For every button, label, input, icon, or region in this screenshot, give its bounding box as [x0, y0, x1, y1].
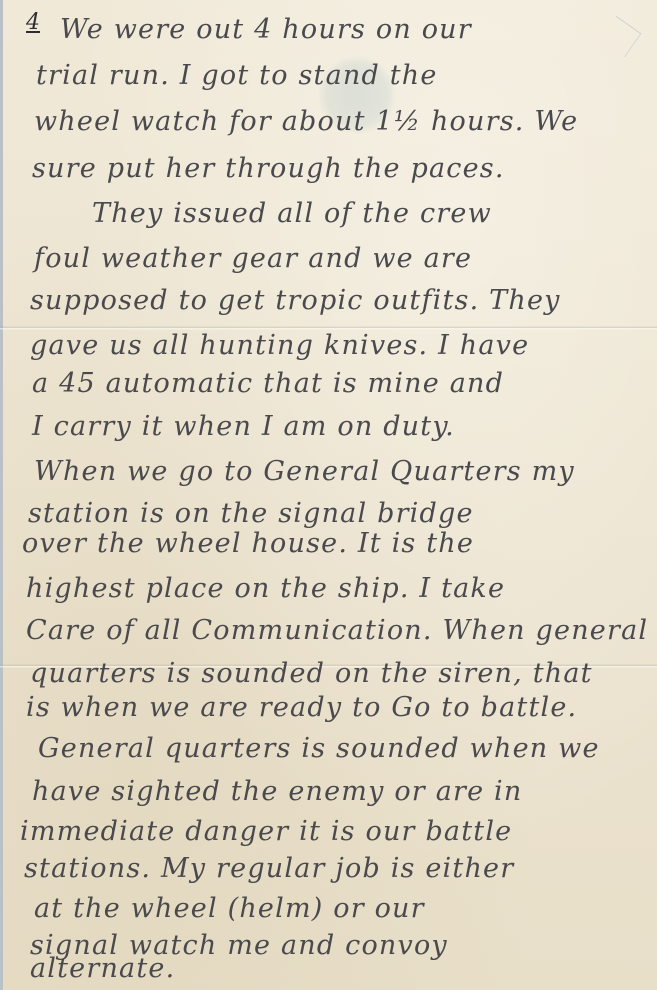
handwritten-line: at the wheel (helm) or our — [34, 895, 425, 922]
handwritten-line: gave us all hunting knives. I have — [30, 332, 529, 359]
handwritten-line: over the wheel house. It is the — [22, 530, 474, 557]
handwritten-line: We were out 4 hours on our — [60, 16, 472, 43]
handwritten-line: I carry it when I am on duty. — [32, 413, 455, 440]
handwritten-line: sure put her through the paces. — [32, 155, 505, 182]
handwritten-line: stations. My regular job is either — [24, 855, 514, 882]
letter-page: 4 We were out 4 hours on ourtrial run. I… — [0, 0, 657, 990]
handwritten-line: wheel watch for about 1½ hours. We — [34, 108, 578, 135]
handwritten-line: supposed to get tropic outfits. They — [30, 287, 561, 314]
handwritten-line: is when we are ready to Go to battle. — [26, 694, 577, 721]
paper-emboss-mark — [599, 16, 641, 58]
handwritten-line: trial run. I got to stand the — [36, 62, 438, 89]
page-number: 4 — [26, 10, 40, 35]
handwritten-line: a 45 automatic that is mine and — [32, 370, 504, 397]
handwritten-line: immediate danger it is our battle — [20, 818, 512, 845]
handwritten-line: have sighted the enemy or are in — [32, 778, 522, 805]
handwritten-line: station is on the signal bridge — [28, 500, 474, 527]
handwritten-line: Care of all Communication. When general — [26, 617, 648, 644]
scan-edge — [0, 0, 3, 990]
handwritten-line: foul weather gear and we are — [34, 245, 472, 272]
handwritten-line: When we go to General Quarters my — [34, 458, 575, 485]
handwritten-line: General quarters is sounded when we — [38, 735, 600, 762]
handwritten-line: They issued all of the crew — [92, 200, 492, 227]
handwritten-line: highest place on the ship. I take — [26, 575, 505, 602]
handwritten-line: alternate. — [30, 955, 175, 982]
handwritten-line: quarters is sounded on the siren, that — [30, 660, 593, 687]
